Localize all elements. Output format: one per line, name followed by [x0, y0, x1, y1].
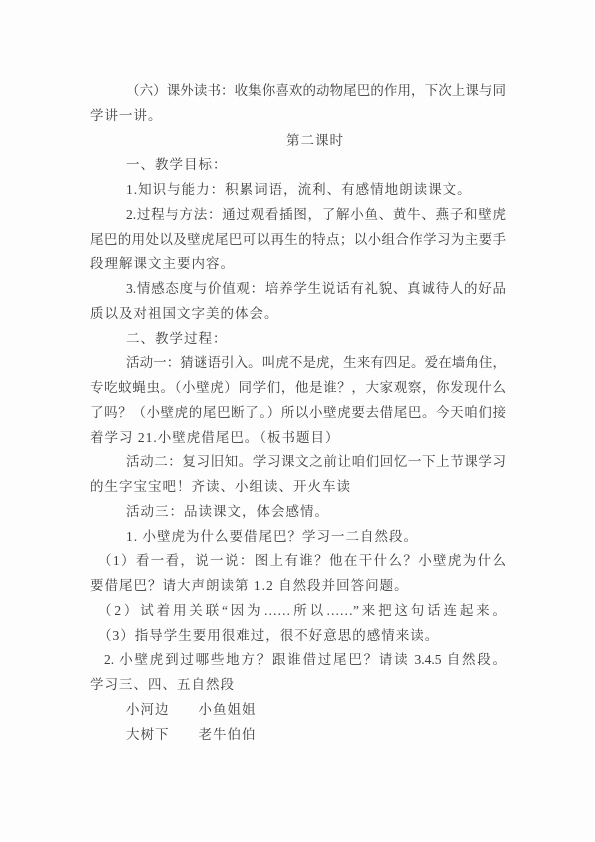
- paragraph-line: 1.知识与能力：积累词语，流利、有感情地朗读课文。: [90, 178, 506, 203]
- paragraph-line: 3.情感态度与价值观：培养学生说话有礼貌、真诚待人的好品: [90, 277, 506, 302]
- paragraph-line: 大树下 老牛伯伯: [90, 723, 506, 748]
- paragraph-line: （3）指导学生要用很难过，很不好意思的感情来读。: [90, 624, 506, 649]
- text-column: （六）课外读书：收集你喜欢的动物尾巴的作用，下次上课与同学讲一讲。第二课时一、教…: [90, 79, 506, 747]
- paragraph-line: 1. 小壁虎为什么要借尾巴？学习一二自然段。: [90, 525, 506, 550]
- paragraph-line: 质以及对祖国文字美的体会。: [90, 302, 506, 327]
- paragraph-line: 小河边 小鱼姐姐: [90, 698, 506, 723]
- paragraph-line: 活动一：猜谜语引入。叫虎不是虎，生来有四足。爱在墙角住，: [90, 351, 506, 376]
- lesson-plan-page: （六）课外读书：收集你喜欢的动物尾巴的作用，下次上课与同学讲一讲。第二课时一、教…: [0, 0, 595, 842]
- paragraph-line: （1）看一看，说一说：图上有谁？他在干什么？小壁虎为什么: [90, 549, 506, 574]
- paragraph-line: 活动三：品读课文，体会感情。: [90, 500, 506, 525]
- section-heading: 第二课时: [90, 129, 506, 154]
- paragraph-line: 学习三、四、五自然段: [90, 673, 506, 698]
- paragraph-line: 尾巴的用处以及壁虎尾巴可以再生的特点；以小组合作学习为主要手: [90, 228, 506, 253]
- paragraph-line: 2.过程与方法：通过观看插图，了解小鱼、黄牛、燕子和壁虎: [90, 203, 506, 228]
- paragraph-line: 2. 小壁虎到过哪些地方？跟谁借过尾巴？请读 3.4.5 自然段。: [90, 648, 506, 673]
- paragraph-line: 一、教学目标：: [90, 153, 506, 178]
- paragraph-line: 段理解课文主要内容。: [90, 252, 506, 277]
- paragraph-line: 二、教学过程：: [90, 327, 506, 352]
- paragraph-line: 活动二：复习旧知。学习课文之前让咱们回忆一下上节课学习: [90, 450, 506, 475]
- paragraph-line: 学讲一讲。: [90, 104, 506, 129]
- paragraph-line: 专吃蚊蝇虫。（小壁虎）同学们，他是谁？，大家观察，你发现什么: [90, 376, 506, 401]
- paragraph-line: （2）试着用关联“因为……所以……”来把这句话连起来。: [90, 599, 506, 624]
- paragraph-line: 了吗？（小壁虎的尾巴断了。）所以小壁虎要去借尾巴。今天咱们接: [90, 401, 506, 426]
- paragraph-line: 要借尾巴？请大声朗读第 1.2 自然段并回答问题。: [90, 574, 506, 599]
- paragraph-line: （六）课外读书：收集你喜欢的动物尾巴的作用，下次上课与同: [90, 79, 506, 104]
- paragraph-line: 的生字宝宝吧！齐读、小组读、开火车读: [90, 475, 506, 500]
- paragraph-line: 着学习 21.小壁虎借尾巴。（板书题目）: [90, 426, 506, 451]
